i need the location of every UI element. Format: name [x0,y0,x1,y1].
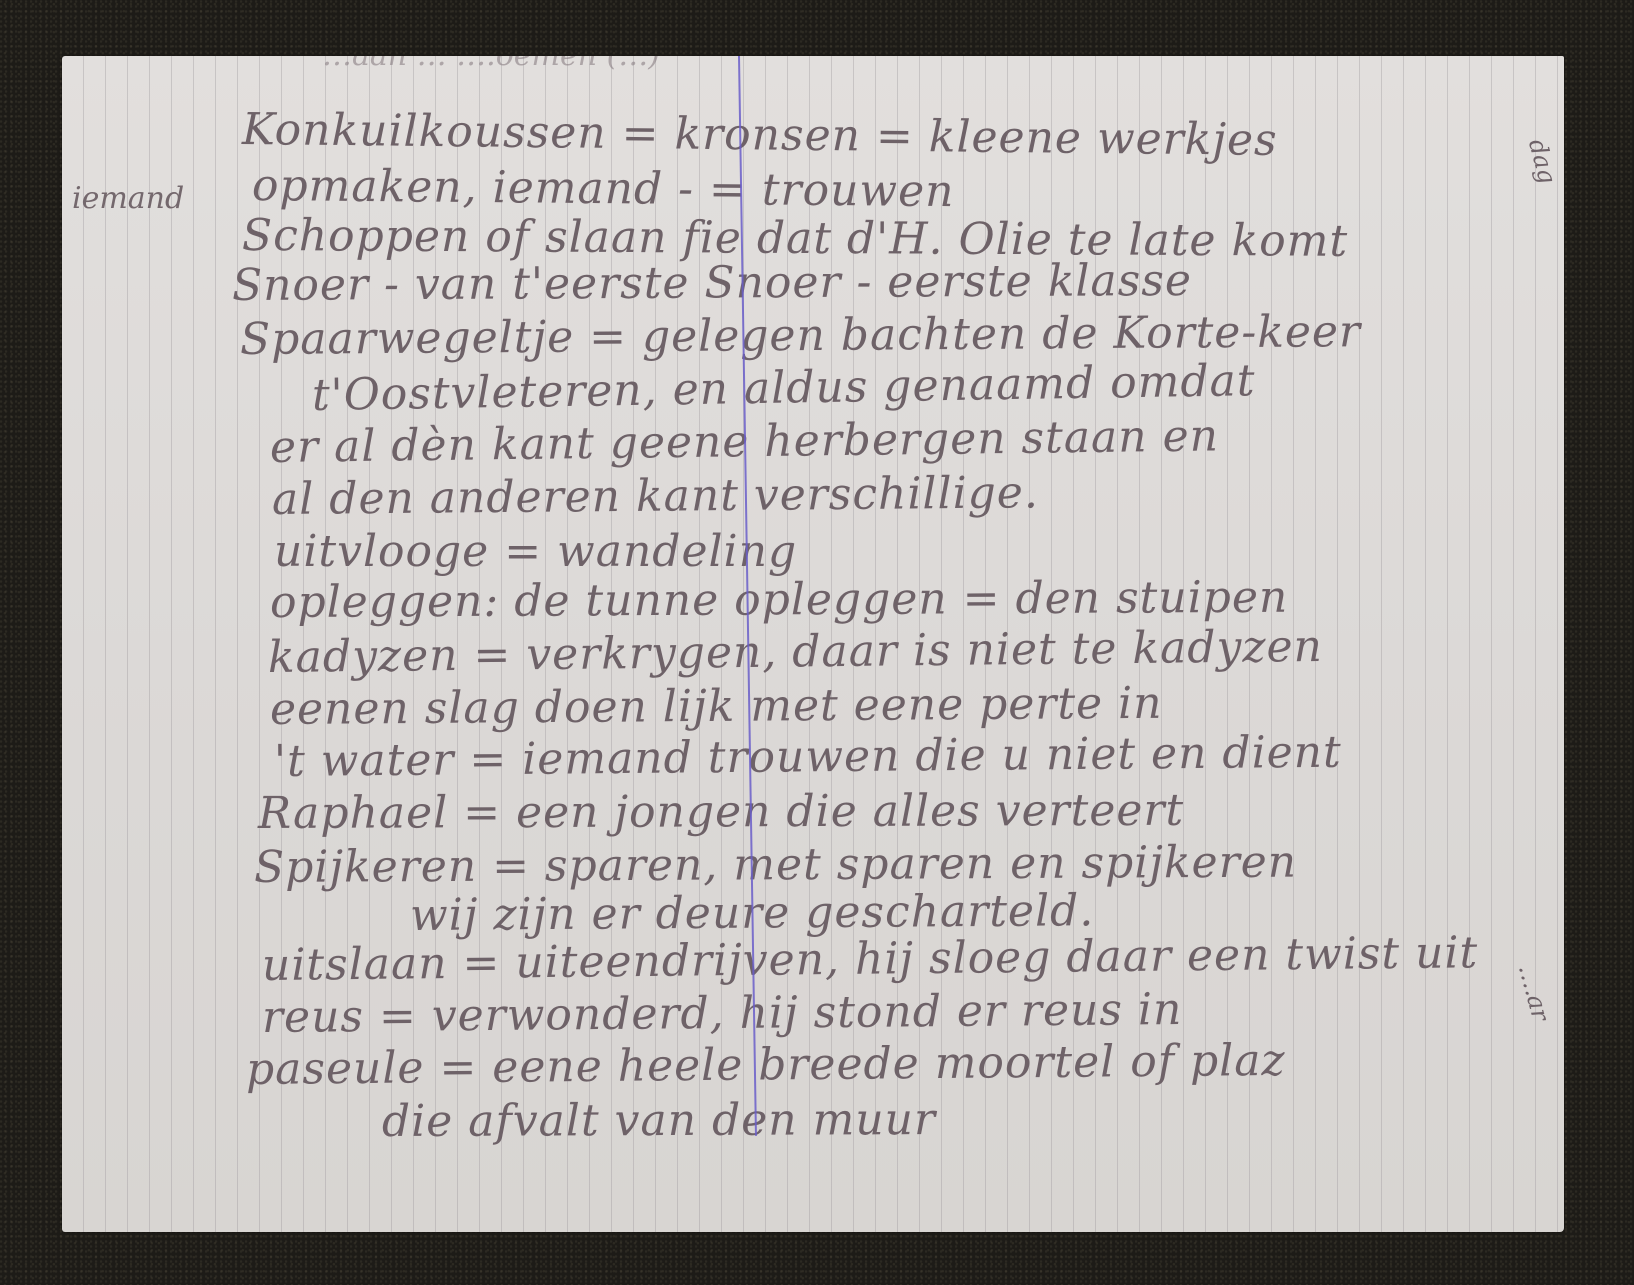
edge-note-lower-right: ….ar [1513,961,1555,1024]
glossary-line-6: t'Oostvleteren, en aldus genaamd omdat [312,359,1256,418]
glossary-line-4: Snoer - van t'eerste Snoer - eerste klas… [232,259,1192,308]
glossary-line-10: opleggen: de tunne opleggen = den stuipe… [270,576,1288,625]
glossary-line-13: 't water = iemand trouwen die u niet en … [274,731,1342,784]
glossary-line-1: Konkuilkoussen = kronsen = kleene werkje… [242,108,1278,163]
glossary-line-8: al den anderen kant verschillige. [272,471,1039,522]
glossary-line-17: uitslaan = uiteendrijven, hij sloeg daar… [262,931,1479,988]
glossary-line-12: eenen slag doen lijk met eene perte in [270,682,1163,732]
glossary-line-15: Spijkeren = sparen, met sparen en spijke… [254,841,1297,890]
glossary-line-5: Spaarwegeltje = gelegen bachten de Korte… [240,310,1361,362]
margin-note-iemand: iemand [72,181,184,216]
top-cut-text: …aan … ….oemen (…) [322,56,660,73]
glossary-line-19: paseule = eene heele breede moortel of p… [246,1039,1286,1092]
glossary-line-18: reus = verwonderd, hij stond er reus in [262,988,1183,1040]
glossary-line-9: uitvlooge = wandeling [274,530,797,574]
glossary-line-14: Raphael = een jongen die alles verteert [258,789,1184,836]
paper-sheet: …aan … ….oemen (…) iemand Konkuilkoussen… [62,56,1564,1232]
glossary-line-20: die afvalt van den muur [382,1098,936,1144]
glossary-line-11: kadyzen = verkrygen, daar is niet te kad… [268,625,1323,680]
glossary-line-2: opmaken, iemand - = trouwen [252,164,955,214]
edge-note-upper-right: dag [1523,136,1562,187]
